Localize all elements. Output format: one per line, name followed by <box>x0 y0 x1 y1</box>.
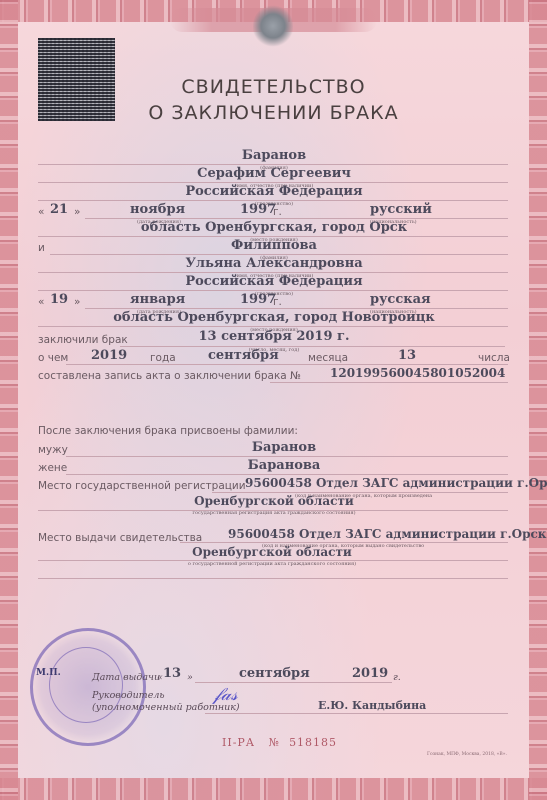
surnames-heading: После заключения брака присвоены фамилии… <box>38 425 298 437</box>
record-month: сентября <box>208 348 279 363</box>
groom-surname: Баранов <box>242 148 306 163</box>
issue-date-label: Дата выдачи <box>92 672 160 683</box>
printer-mark: Гознак, МПФ, Москва, 2018, «В». <box>427 752 507 757</box>
groom-name: Серафим Сергеевич <box>197 166 351 181</box>
bride-name: Ульяна Александровна <box>185 256 362 271</box>
stamp-label: М.П. <box>36 668 61 678</box>
issue-month: сентября <box>239 666 310 681</box>
marriage-label: заключили брак <box>38 334 128 346</box>
bride-citizenship: Российская Федерация <box>185 274 362 289</box>
wife-surname: Баранова <box>248 458 321 473</box>
number-sign: № <box>269 736 280 749</box>
groom-birth-month: ноября <box>130 202 185 217</box>
marriage-date: 13 сентября 2019 г. <box>198 329 349 344</box>
groom-citizenship: Российская Федерация <box>185 184 362 199</box>
registration-label: Место государственной регистрации <box>38 480 246 492</box>
groom-nationality: русский <box>370 202 432 217</box>
bride-nationality: русская <box>370 292 431 307</box>
official-stamp <box>30 628 146 746</box>
coat-of-arms-icon <box>253 4 293 48</box>
groom-birth-day: 21 <box>50 202 68 217</box>
groom-birth-year: 1997 <box>240 202 276 217</box>
number: 518185 <box>289 736 337 749</box>
record-day: 13 <box>398 348 416 363</box>
signature: 𝒻𝒶𝓈 <box>213 684 273 704</box>
record-number: 120199560045801052004 <box>330 366 505 380</box>
registration-line2: Оренбургской области <box>194 494 354 508</box>
bride-birth-day: 19 <box>50 292 68 307</box>
signatory-name: Е.Ю. Кандыбина <box>318 699 426 712</box>
bride-birth-month: января <box>130 292 185 307</box>
issuance-line2: Оренбургской области <box>192 545 352 559</box>
ornamental-border-bottom <box>0 778 547 800</box>
registration-line1: 95600458 Отдел ЗАГС администрации г.Орск… <box>245 476 547 490</box>
issue-day: 13 <box>163 666 181 681</box>
conjunction-label: и <box>38 242 45 254</box>
title-line-2: О ЗАКЛЮЧЕНИИ БРАКА <box>0 102 547 124</box>
groom-birthplace: область Оренбургская, город Орск <box>141 220 407 235</box>
husband-surname: Баранов <box>252 440 316 455</box>
issuance-label: Место выдачи свидетельства <box>38 532 202 544</box>
serial-number: II-РА № 518185 <box>222 736 337 749</box>
issue-year: 2019 <box>352 666 388 681</box>
record-number-label: составлена запись акта о заключении брак… <box>38 370 301 382</box>
record-year: 2019 <box>91 348 127 363</box>
bride-birth-year: 1997 <box>240 292 276 307</box>
signatory-role-line1: Руководитель <box>92 690 165 701</box>
series: II-РА <box>222 736 255 749</box>
issuance-line1: 95600458 Отдел ЗАГС администрации г.Орск… <box>228 527 547 541</box>
bride-surname: Филиппова <box>231 238 317 253</box>
bride-birthplace: область Оренбургская, город Новотроицк <box>113 310 435 325</box>
title-line-1: СВИДЕТЕЛЬСТВО <box>0 76 547 98</box>
